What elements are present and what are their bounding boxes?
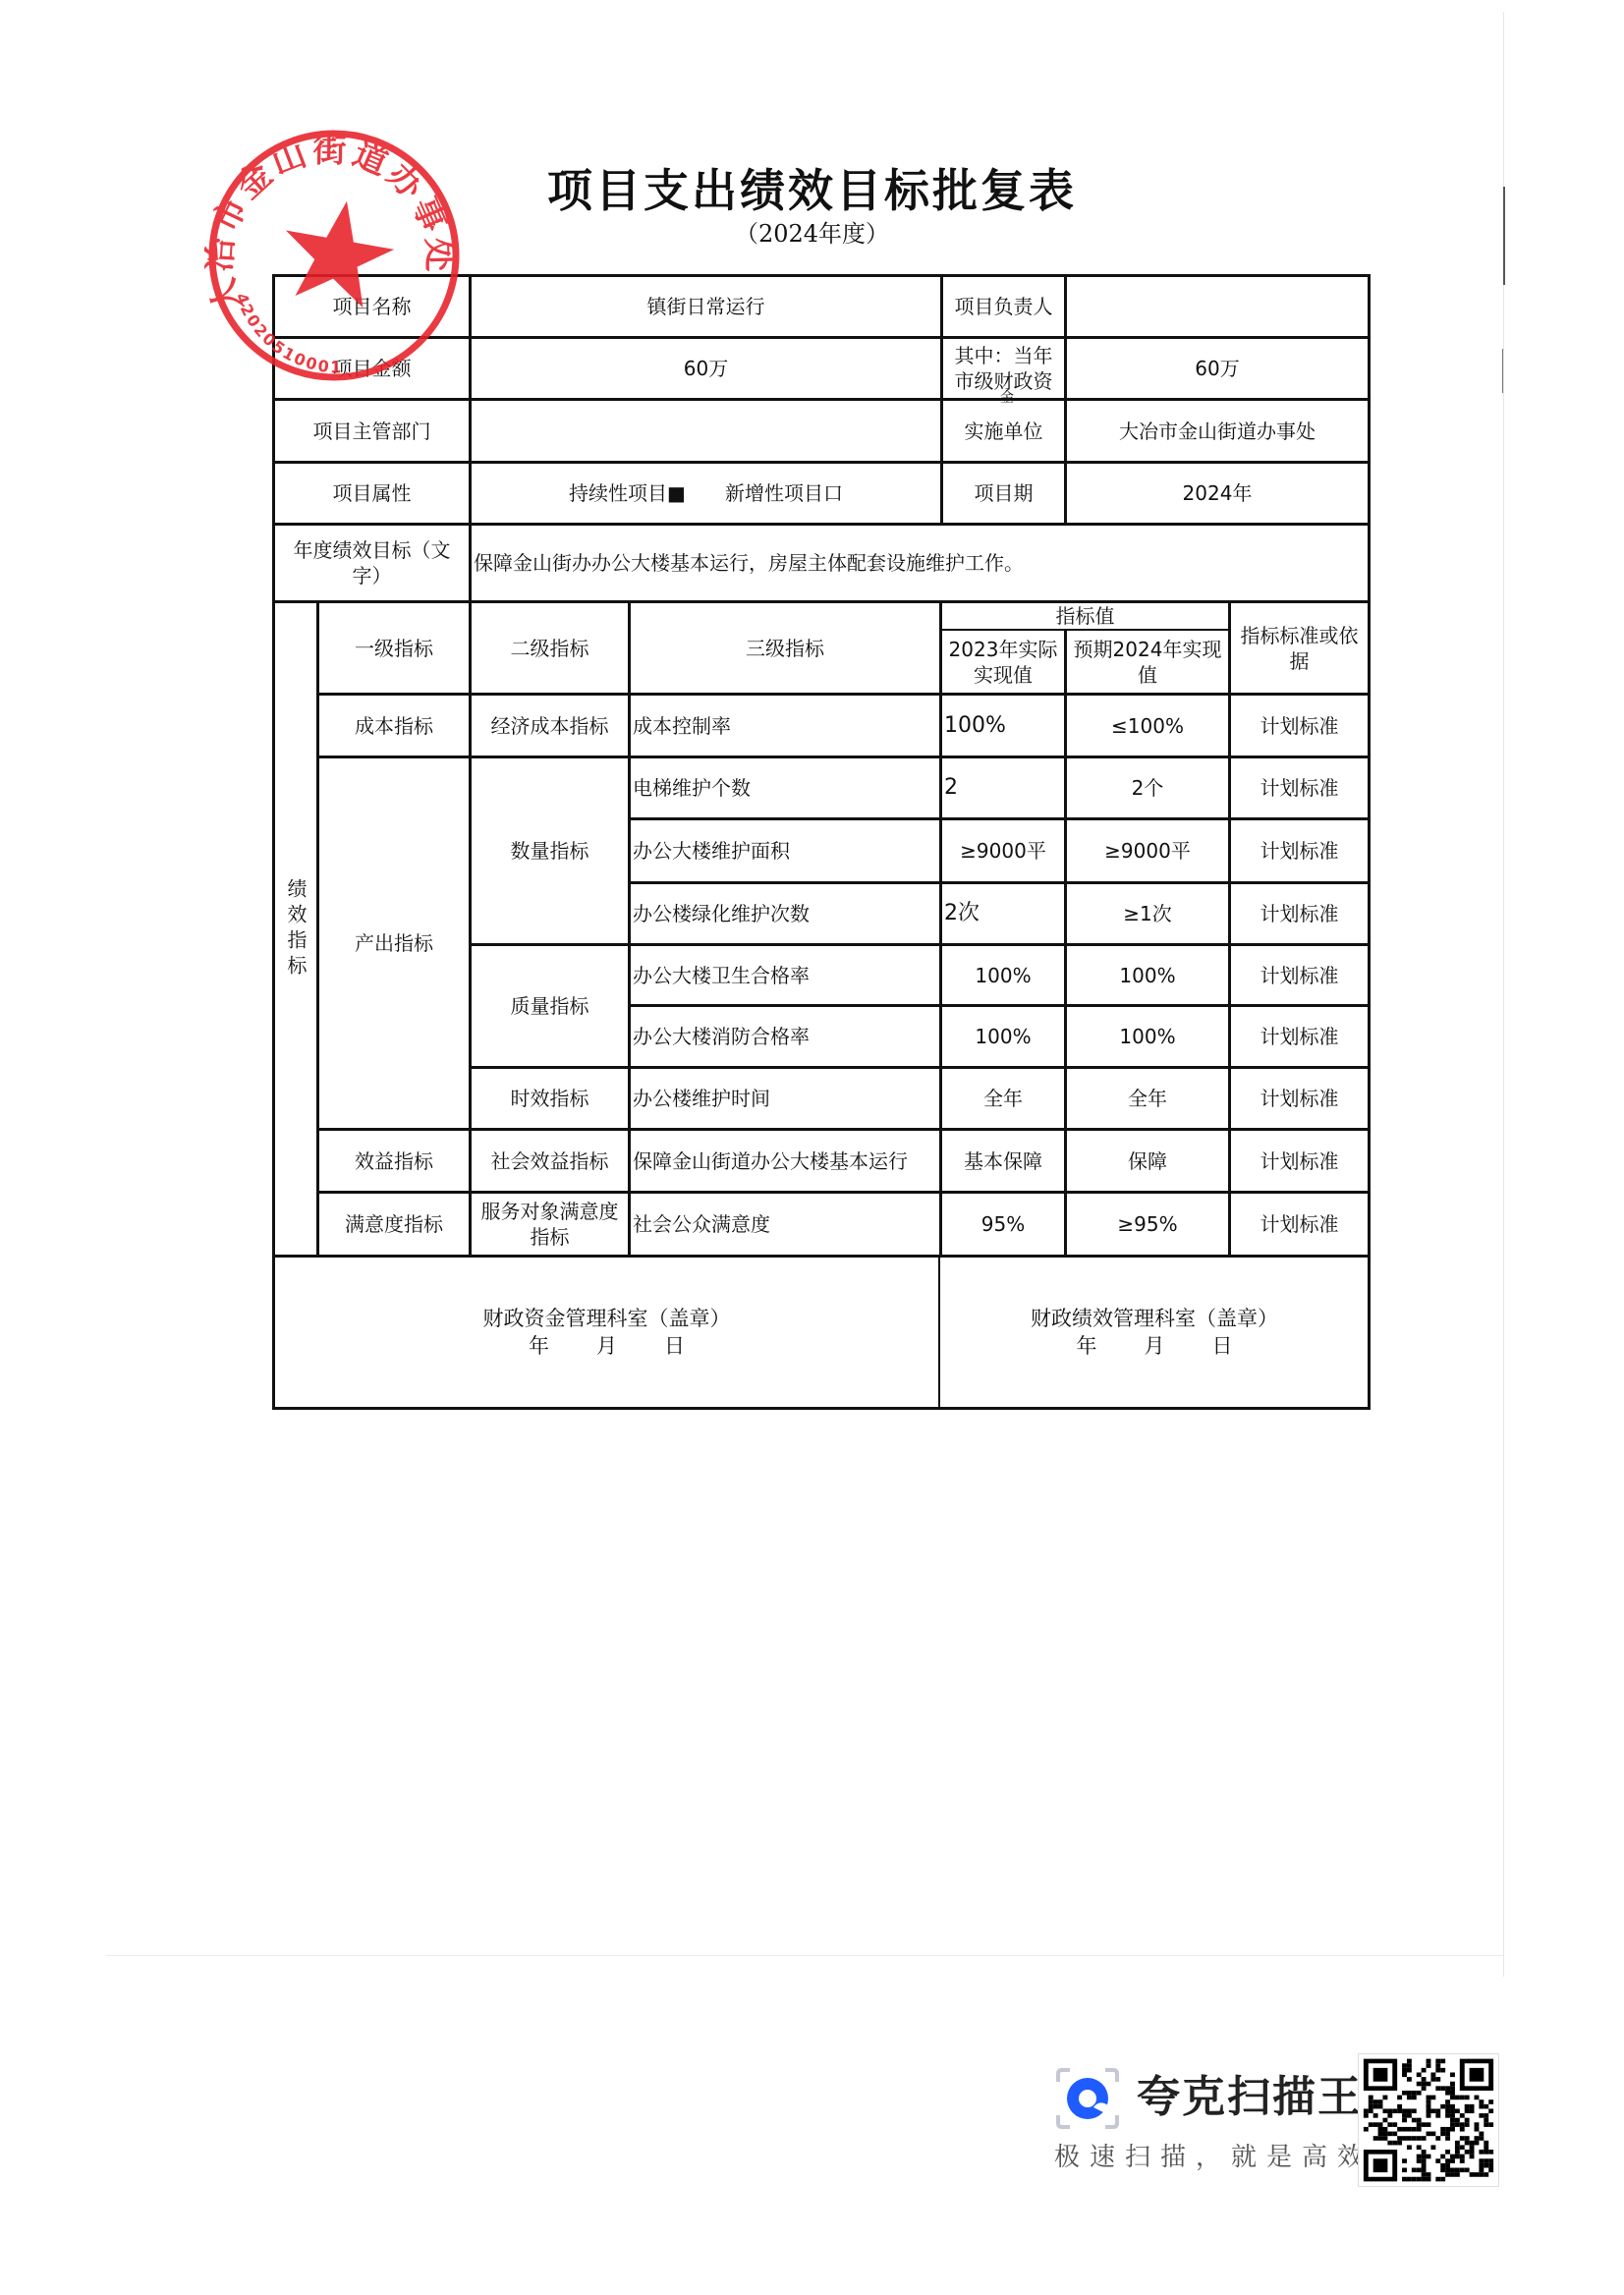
basis-value: 计划标准 (1231, 1131, 1368, 1191)
svg-text:42020510001: 42020510001 (232, 291, 343, 377)
watermark-slogan: 极速扫描，就是高效 (1054, 2142, 1372, 2173)
basis-value: 计划标准 (1231, 946, 1368, 1005)
project-name-value: 镇街日常运行 (472, 277, 940, 336)
actual-2023-value: 全年 (942, 1069, 1064, 1128)
basis-value: 计划标准 (1231, 1194, 1368, 1255)
footer-left-office: 财政资金管理科室（盖章） (483, 1305, 731, 1332)
footer-left-date: 年月日 (505, 1332, 708, 1360)
project-leader-label: 项目负责人 (943, 277, 1064, 336)
level3-indicator: 办公楼维护时间 (631, 1069, 939, 1128)
page-edge (106, 1955, 1503, 1956)
attribute-label: 项目属性 (275, 464, 469, 523)
basis-value: 计划标准 (1231, 696, 1368, 756)
dept-value (472, 401, 940, 461)
basis-value: 计划标准 (1231, 820, 1368, 881)
footer-right-office: 财政绩效管理科室（盖章） (1031, 1305, 1278, 1332)
expected-2024-value: ≥9000平 (1067, 820, 1228, 881)
annual-goal-label: 年度绩效目标（文字） (277, 526, 467, 600)
expected-2024-value: 2个 (1067, 758, 1228, 817)
actual-2023-value: 100% (942, 1007, 1064, 1066)
level1-cost: 成本指标 (319, 696, 469, 756)
official-seal-stamp: 大冶市金山街道办事处 42020510001 (204, 126, 464, 385)
level2-quality: 质量指标 (472, 946, 628, 1066)
city-fund-value: 60万 (1067, 339, 1368, 398)
header-level1: 一级指标 (319, 603, 469, 693)
watermark-brand: 夸克扫描王 (1137, 2073, 1363, 2122)
expected-2024-value: ≥95% (1067, 1194, 1228, 1255)
footer-right: 财政绩效管理科室（盖章） 年月日 (941, 1258, 1368, 1407)
indicators-section-label: 绩效指标 (275, 603, 316, 1255)
level1-satisfaction: 满意度指标 (319, 1194, 469, 1255)
attribute-new-checkbox: 新增性项目口 (725, 480, 843, 506)
level3-indicator: 办公大楼消防合格率 (631, 1007, 939, 1066)
level2-social-benefit: 社会效益指标 (472, 1131, 628, 1191)
annual-goal-value: 保障金山街办办公大楼基本运行，房屋主体配套设施维护工作。 (472, 526, 1368, 600)
level3-indicator: 办公大楼维护面积 (631, 820, 939, 881)
level2-service-satisfaction: 服务对象满意度指标 (472, 1194, 628, 1255)
footer-left: 财政资金管理科室（盖章） 年月日 (275, 1258, 938, 1407)
expected-2024-value: 100% (1067, 1007, 1228, 1066)
expected-2024-value: 全年 (1067, 1069, 1228, 1128)
actual-2023-value: 基本保障 (942, 1131, 1064, 1191)
seal-icon: 大冶市金山街道办事处 42020510001 (204, 126, 464, 385)
header-level3: 三级指标 (631, 603, 939, 693)
period-value: 2024年 (1067, 464, 1368, 523)
level1-benefit: 效益指标 (319, 1131, 469, 1191)
level2-economic-cost: 经济成本指标 (472, 696, 628, 756)
project-leader-value (1067, 277, 1368, 336)
actual-2023-value: 2次 (942, 884, 1064, 943)
actual-2023-value: 100% (942, 946, 1064, 1005)
actual-2023-value: ≥9000平 (942, 820, 1064, 881)
dept-label: 项目主管部门 (275, 401, 469, 461)
actual-2023-value: 95% (942, 1194, 1064, 1255)
header-level2: 二级指标 (472, 603, 628, 693)
qr-code-icon (1358, 2053, 1499, 2187)
level3-indicator: 社会公众满意度 (631, 1194, 939, 1255)
basis-value: 计划标准 (1231, 1069, 1368, 1128)
level3-indicator: 电梯维护个数 (631, 758, 939, 817)
level3-indicator: 办公楼绿化维护次数 (631, 884, 939, 943)
page-edge (1503, 12, 1504, 1977)
project-amount-value: 60万 (472, 339, 940, 398)
header-basis: 指标标准或依据 (1231, 603, 1368, 693)
basis-value: 计划标准 (1231, 1007, 1368, 1066)
header-actual-2023: 2023年实际实现值 (942, 632, 1064, 693)
expected-2024-value: 保障 (1067, 1131, 1228, 1191)
level3-indicator: 成本控制率 (631, 696, 939, 756)
impl-unit-value: 大冶市金山街道办事处 (1067, 401, 1368, 461)
level2-timeliness: 时效指标 (472, 1069, 628, 1128)
level2-quantity: 数量指标 (472, 758, 628, 943)
attribute-continuing-checkbox: 持续性项目■ (569, 480, 686, 506)
level3-indicator: 保障金山街道办公大楼基本运行 (631, 1131, 939, 1191)
city-fund-label: 其中：当年市级财政资 (943, 339, 1064, 398)
actual-2023-value: 100% (942, 696, 1064, 756)
quark-scan-logo-icon (1054, 2066, 1121, 2131)
footer-right-date: 年月日 (1053, 1332, 1257, 1360)
expected-2024-value: ≥1次 (1067, 884, 1228, 943)
actual-2023-value: 2 (942, 758, 1064, 817)
level3-indicator: 办公大楼卫生合格率 (631, 946, 939, 1005)
svg-text:大冶市金山街道办事处: 大冶市金山街道办事处 (204, 131, 459, 317)
attribute-value: 持续性项目■ 新增性项目口 (472, 464, 940, 523)
header-value-group: 指标值 (942, 602, 1228, 629)
expected-2024-value: 100% (1067, 946, 1228, 1005)
header-expected-2024: 预期2024年实现值 (1067, 632, 1228, 693)
impl-unit-label: 实施单位 (943, 401, 1064, 461)
scan-mark (1502, 349, 1503, 393)
basis-value: 计划标准 (1231, 758, 1368, 817)
level1-output: 产出指标 (319, 758, 469, 1128)
period-label: 项目期 (943, 464, 1064, 523)
basis-value: 计划标准 (1231, 884, 1368, 943)
expected-2024-value: ≤100% (1067, 696, 1228, 756)
